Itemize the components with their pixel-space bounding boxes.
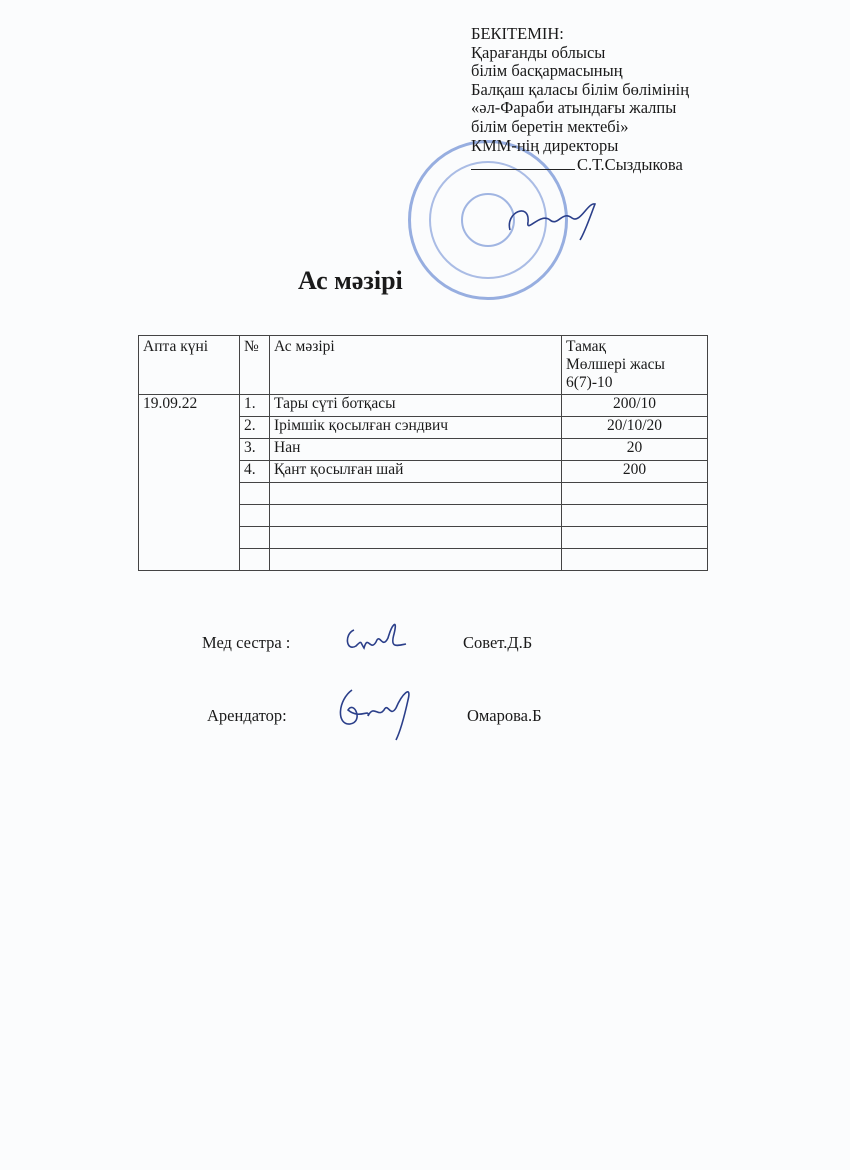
num-cell (240, 549, 270, 571)
header-qty-line: 6(7)-10 (566, 374, 703, 392)
dish-cell: Ірімшік қосылған сэндвич (270, 417, 562, 439)
num-cell (240, 527, 270, 549)
header-qty-line: Мөлшері жасы (566, 356, 703, 374)
num-cell (240, 483, 270, 505)
nurse-signature-icon (340, 612, 410, 657)
header-num: № (240, 336, 270, 395)
approval-line: Қарағанды облысы (471, 44, 689, 63)
dish-cell: Қант қосылған шай (270, 461, 562, 483)
num-cell (240, 505, 270, 527)
qty-cell: 20/10/20 (562, 417, 708, 439)
dish-cell (270, 527, 562, 549)
approval-line: Балқаш қаласы білім бөлімінің (471, 81, 689, 100)
dish-cell: Тары сүті ботқасы (270, 395, 562, 417)
nurse-label: Мед сестра : (202, 633, 290, 653)
qty-cell: 200/10 (562, 395, 708, 417)
menu-table: Апта күні № Ас мәзірі Тамақ Мөлшері жасы… (138, 335, 708, 571)
qty-cell: 20 (562, 439, 708, 461)
num-cell: 2. (240, 417, 270, 439)
num-cell: 3. (240, 439, 270, 461)
approval-line: КММ-нің директоры (471, 137, 689, 156)
date-cell: 19.09.22 (139, 395, 240, 571)
qty-cell (562, 505, 708, 527)
approval-block: БЕКІТЕМІН: Қарағанды облысы білім басқар… (471, 25, 689, 175)
director-name: С.Т.Сыздыкова (577, 155, 683, 174)
table-header-row: Апта күні № Ас мәзірі Тамақ Мөлшері жасы… (139, 336, 708, 395)
approval-line: БЕКІТЕМІН: (471, 25, 689, 44)
header-qty: Тамақ Мөлшері жасы 6(7)-10 (562, 336, 708, 395)
tenant-label: Арендатор: (207, 706, 287, 726)
num-cell: 4. (240, 461, 270, 483)
director-signature-icon (500, 192, 610, 242)
approval-line: «әл-Фараби атындағы жалпы (471, 99, 689, 118)
page-title: Ас мәзірі (298, 266, 403, 296)
num-cell: 1. (240, 395, 270, 417)
nurse-name: Совет.Д.Б (463, 633, 532, 653)
tenant-name: Омарова.Б (467, 706, 542, 726)
header-menu: Ас мәзірі (270, 336, 562, 395)
header-qty-line: Тамақ (566, 338, 703, 356)
approval-line: білім беретін мектебі» (471, 118, 689, 137)
dish-cell (270, 483, 562, 505)
dish-cell (270, 549, 562, 571)
tenant-signature-icon (330, 680, 430, 745)
qty-cell (562, 549, 708, 571)
header-day: Апта күні (139, 336, 240, 395)
approval-line: білім басқармасының (471, 62, 689, 81)
director-signature-line: С.Т.Сыздыкова (471, 155, 689, 175)
qty-cell (562, 483, 708, 505)
qty-cell: 200 (562, 461, 708, 483)
dish-cell (270, 505, 562, 527)
dish-cell: Нан (270, 439, 562, 461)
qty-cell (562, 527, 708, 549)
table-row: 19.09.22 1. Тары сүті ботқасы 200/10 (139, 395, 708, 417)
